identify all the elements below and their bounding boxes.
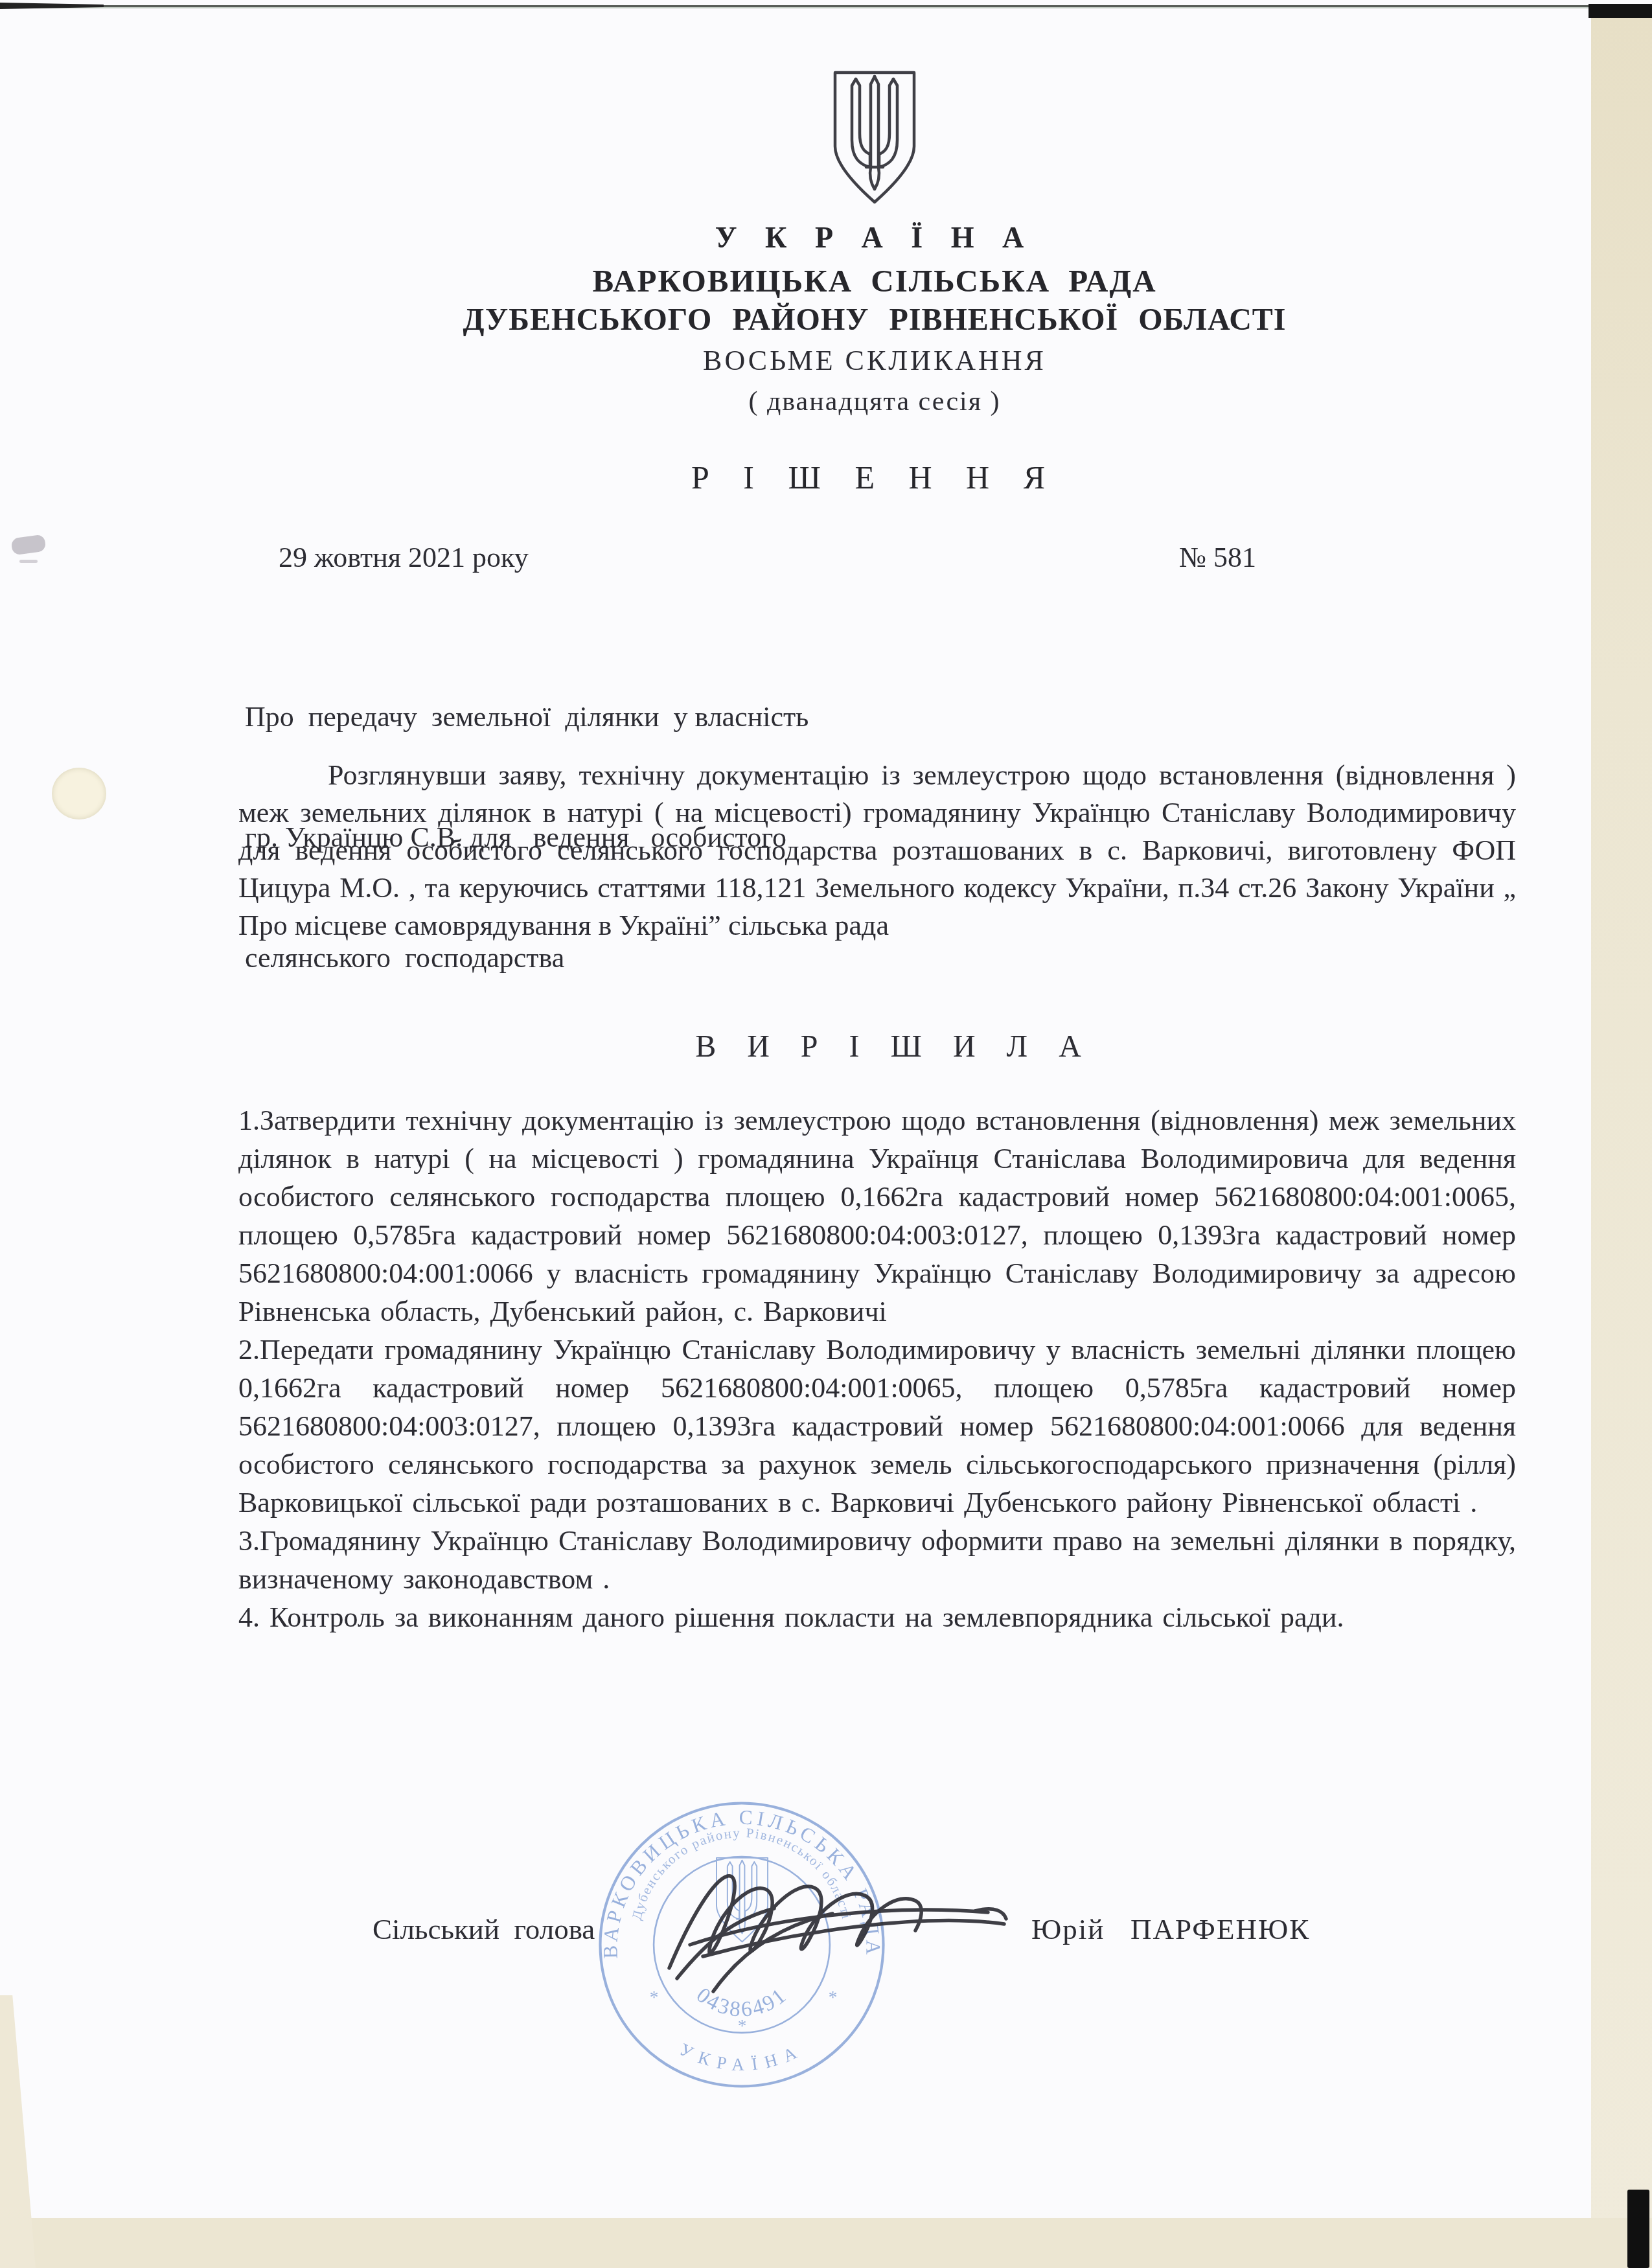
resolved-heading: В И Р І Ш И Л А — [62, 1029, 1652, 1064]
scan-artifact-smudge — [10, 534, 46, 556]
signatory-title: Сільський голова — [373, 1912, 595, 1946]
decision-item-1: 1.Затвердити технічну документацію із зе… — [238, 1101, 1516, 1331]
preamble-paragraph: Розглянувши заяву, технічну документацію… — [238, 757, 1516, 945]
scan-artifact-smudge-small — [19, 560, 38, 563]
header-convocation: ВОСЬМЕ СКЛИКАННЯ — [0, 344, 1652, 377]
scan-backing-strip-left — [0, 1995, 36, 2268]
header-district: ДУБЕНСЬКОГО РАЙОНУ РІВНЕНСЬКОЇ ОБЛАСТІ — [0, 302, 1652, 338]
header-session: ( дванадцята сесія ) — [0, 386, 1652, 417]
stamp-star-center: * — [738, 2016, 747, 2035]
handwritten-signature — [651, 1841, 1014, 2010]
stamp-country-text: УКРАЇНА — [676, 2039, 807, 2074]
scanned-document-page: У К Р А Ї Н А ВАРКОВИЦЬКА СІЛЬСЬКА РАДА … — [0, 0, 1652, 2268]
subject-line: Про передачу земельної ділянки у власніс… — [245, 697, 809, 737]
decision-item-2: 2.Передати громадянину Українцю Станісла… — [238, 1331, 1516, 1522]
decision-item-4: 4. Контроль за виконанням даного рішення… — [238, 1598, 1516, 1636]
scan-corner-mark-top-right — [1589, 4, 1652, 18]
scan-artifact-paper-spot — [52, 768, 106, 819]
signatory-name: Юрій ПАРФЕНЮК — [1031, 1912, 1310, 1946]
scan-edge-line-tint — [0, 7, 1652, 8]
decision-items: 1.Затвердити технічну документацію із зе… — [238, 1101, 1516, 1636]
decision-date: 29 жовтня 2021 року — [279, 541, 529, 574]
header-council-name: ВАРКОВИЦЬКА СІЛЬСЬКА РАДА — [0, 262, 1652, 299]
scan-corner-mark-bottom-right — [1627, 2190, 1649, 2268]
document-header: У К Р А Ї Н А ВАРКОВИЦЬКА СІЛЬСЬКА РАДА … — [0, 69, 1652, 496]
decision-item-3: 3.Громадянину Українцю Станіславу Володи… — [238, 1522, 1516, 1598]
decision-number: № 581 — [1179, 541, 1256, 574]
ukraine-trident-emblem-icon — [826, 69, 923, 211]
document-type-title: Р І Ш Е Н Н Я — [0, 459, 1652, 496]
header-country: У К Р А Ї Н А — [0, 220, 1652, 255]
scan-backing-strip-bottom — [0, 2218, 1652, 2268]
